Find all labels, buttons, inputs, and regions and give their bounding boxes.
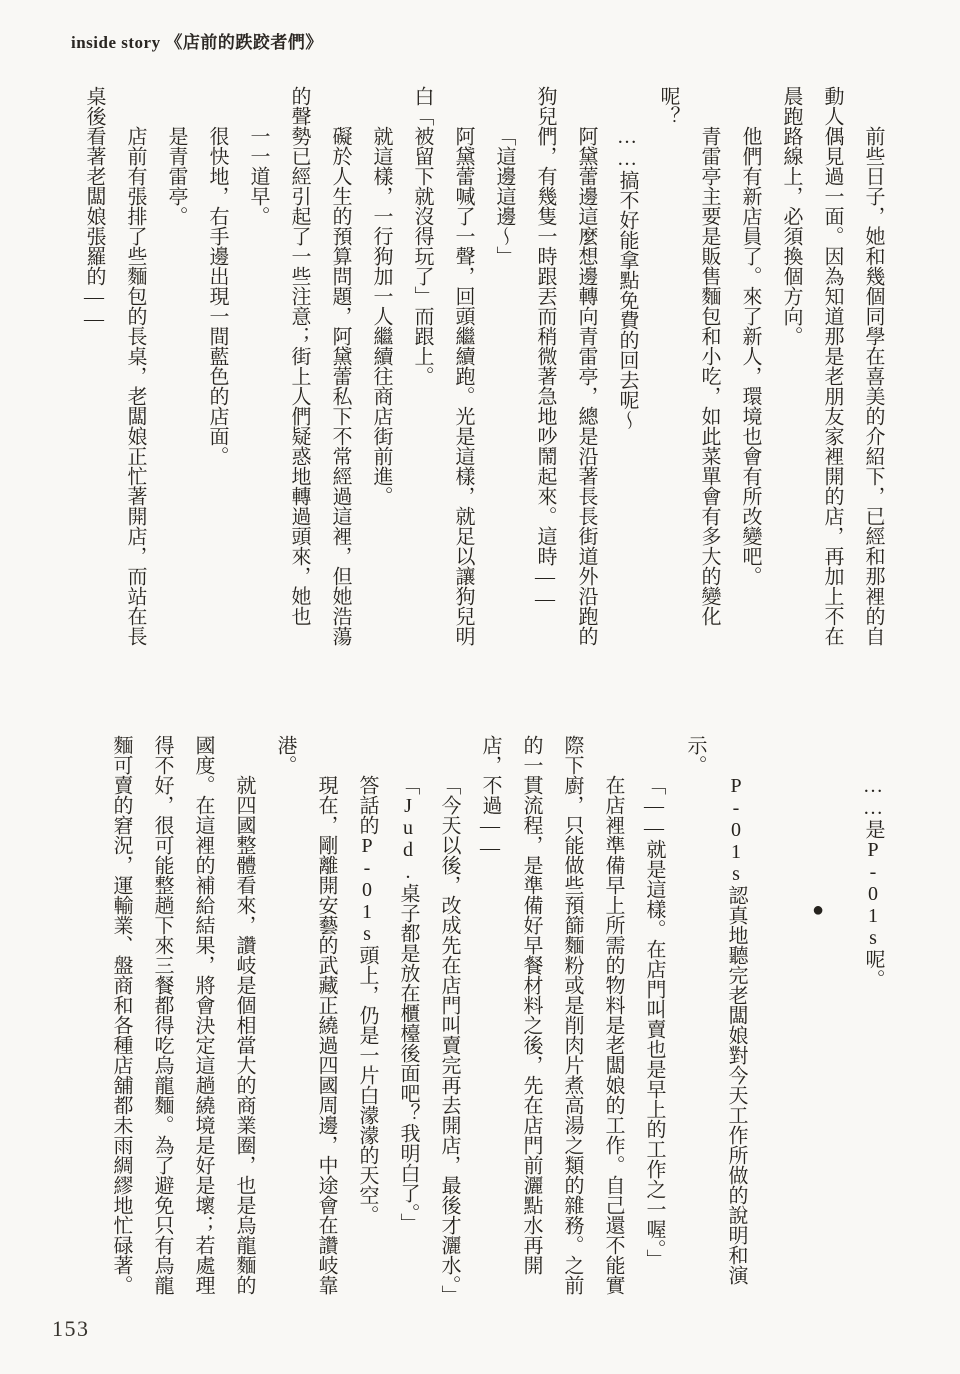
paragraph: 阿黛蕾喊了一聲，回頭繼續跑。光是這樣，就足以讓狗兒明白「被留下就沒得玩了」而跟上… — [401, 86, 483, 649]
bottom-text-block: ……是P-01s呢。 ● P-01s認真地聽完老闆娘對今天工作所做的說明和演示。… — [100, 735, 893, 1302]
paragraph: 店前有張排了些麵包的長桌，老闆娘正忙著開店，而站在長桌後看著老闆娘張羅的—— — [73, 86, 155, 649]
paragraph: 「Jud.桌子都是放在櫃檯後面吧？我明白了。」 — [387, 735, 428, 1302]
paragraph: P-01s認真地聽完老闆娘對今天工作所做的說明和演示。 — [674, 735, 756, 1302]
paragraph: 一一道早。 — [237, 86, 278, 649]
book-page: inside story 《店前的跌跤者們》 前些日子，她和幾個同學在喜美的介紹… — [0, 0, 960, 1374]
paragraph: 在店裡準備早上所需的物料是老闆娘的工作。自己還不能實際下廚，只能做些預篩麵粉或是… — [469, 735, 633, 1302]
paragraph: 就這樣，一行狗加一人繼續往商店街前進。 — [360, 86, 401, 649]
paragraph: 阿黛蕾邊這麼想邊轉向青雷亭，總是沿著長長街道外沿跑的狗兒們，有幾隻一時跟丟而稍微… — [524, 86, 606, 649]
paragraph: 青雷亭主要是販售麵包和小吃，如此菜單會有多大的變化呢？ — [647, 86, 729, 649]
scene-break-bullet: ● — [797, 735, 838, 1302]
paragraph: 礙於人生的預算問題，阿黛蕾私下不常經過這裡，但她浩蕩的聲勢已經引起了一些注意；街… — [278, 86, 360, 649]
paragraph: 「今天以後，改成先在店門叫賣完再去開店，最後才灑水。」 — [428, 735, 469, 1302]
after-break-paragraphs: P-01s認真地聽完老闆娘對今天工作所做的說明和演示。「——就是這樣。在店門叫賣… — [100, 735, 756, 1302]
paragraph: 前些日子，她和幾個同學在喜美的介紹下，已經和那裡的自動人偶見過一面。因為知道那是… — [770, 86, 893, 649]
paragraph: 答話的P-01s頭上，仍是一片白濛濛的天空。 — [346, 735, 387, 1302]
paragraph: 「——就是這樣。在店門叫賣也是早上的工作之一喔。」 — [633, 735, 674, 1302]
before-break-paragraphs: ……是P-01s呢。 — [852, 735, 893, 1302]
paragraph: 「這邊這邊～」 — [483, 86, 524, 649]
paragraph: 就四國整體看來，讚岐是個相當大的商業圈，也是烏龍麵的國度。在這裡的補給結果，將會… — [100, 735, 264, 1302]
page-number: 153 — [52, 1316, 90, 1342]
chapter-header: inside story 《店前的跌跤者們》 — [71, 28, 323, 53]
paragraph: ……搞不好能拿點免費的回去呢～ — [606, 86, 647, 649]
paragraph: 很快地，右手邊出現一間藍色的店面。 — [196, 86, 237, 649]
top-text-block: 前些日子，她和幾個同學在喜美的介紹下，已經和那裡的自動人偶見過一面。因為知道那是… — [73, 86, 893, 649]
paragraph: ……是P-01s呢。 — [852, 735, 893, 1302]
paragraph: 他們有新店員了。來了新人，環境也會有所改變吧。 — [729, 86, 770, 649]
paragraph: 是青雷亭。 — [155, 86, 196, 649]
paragraph: 現在，剛離開安藝的武藏正繞過四國周邊，中途會在讚岐靠港。 — [264, 735, 346, 1302]
